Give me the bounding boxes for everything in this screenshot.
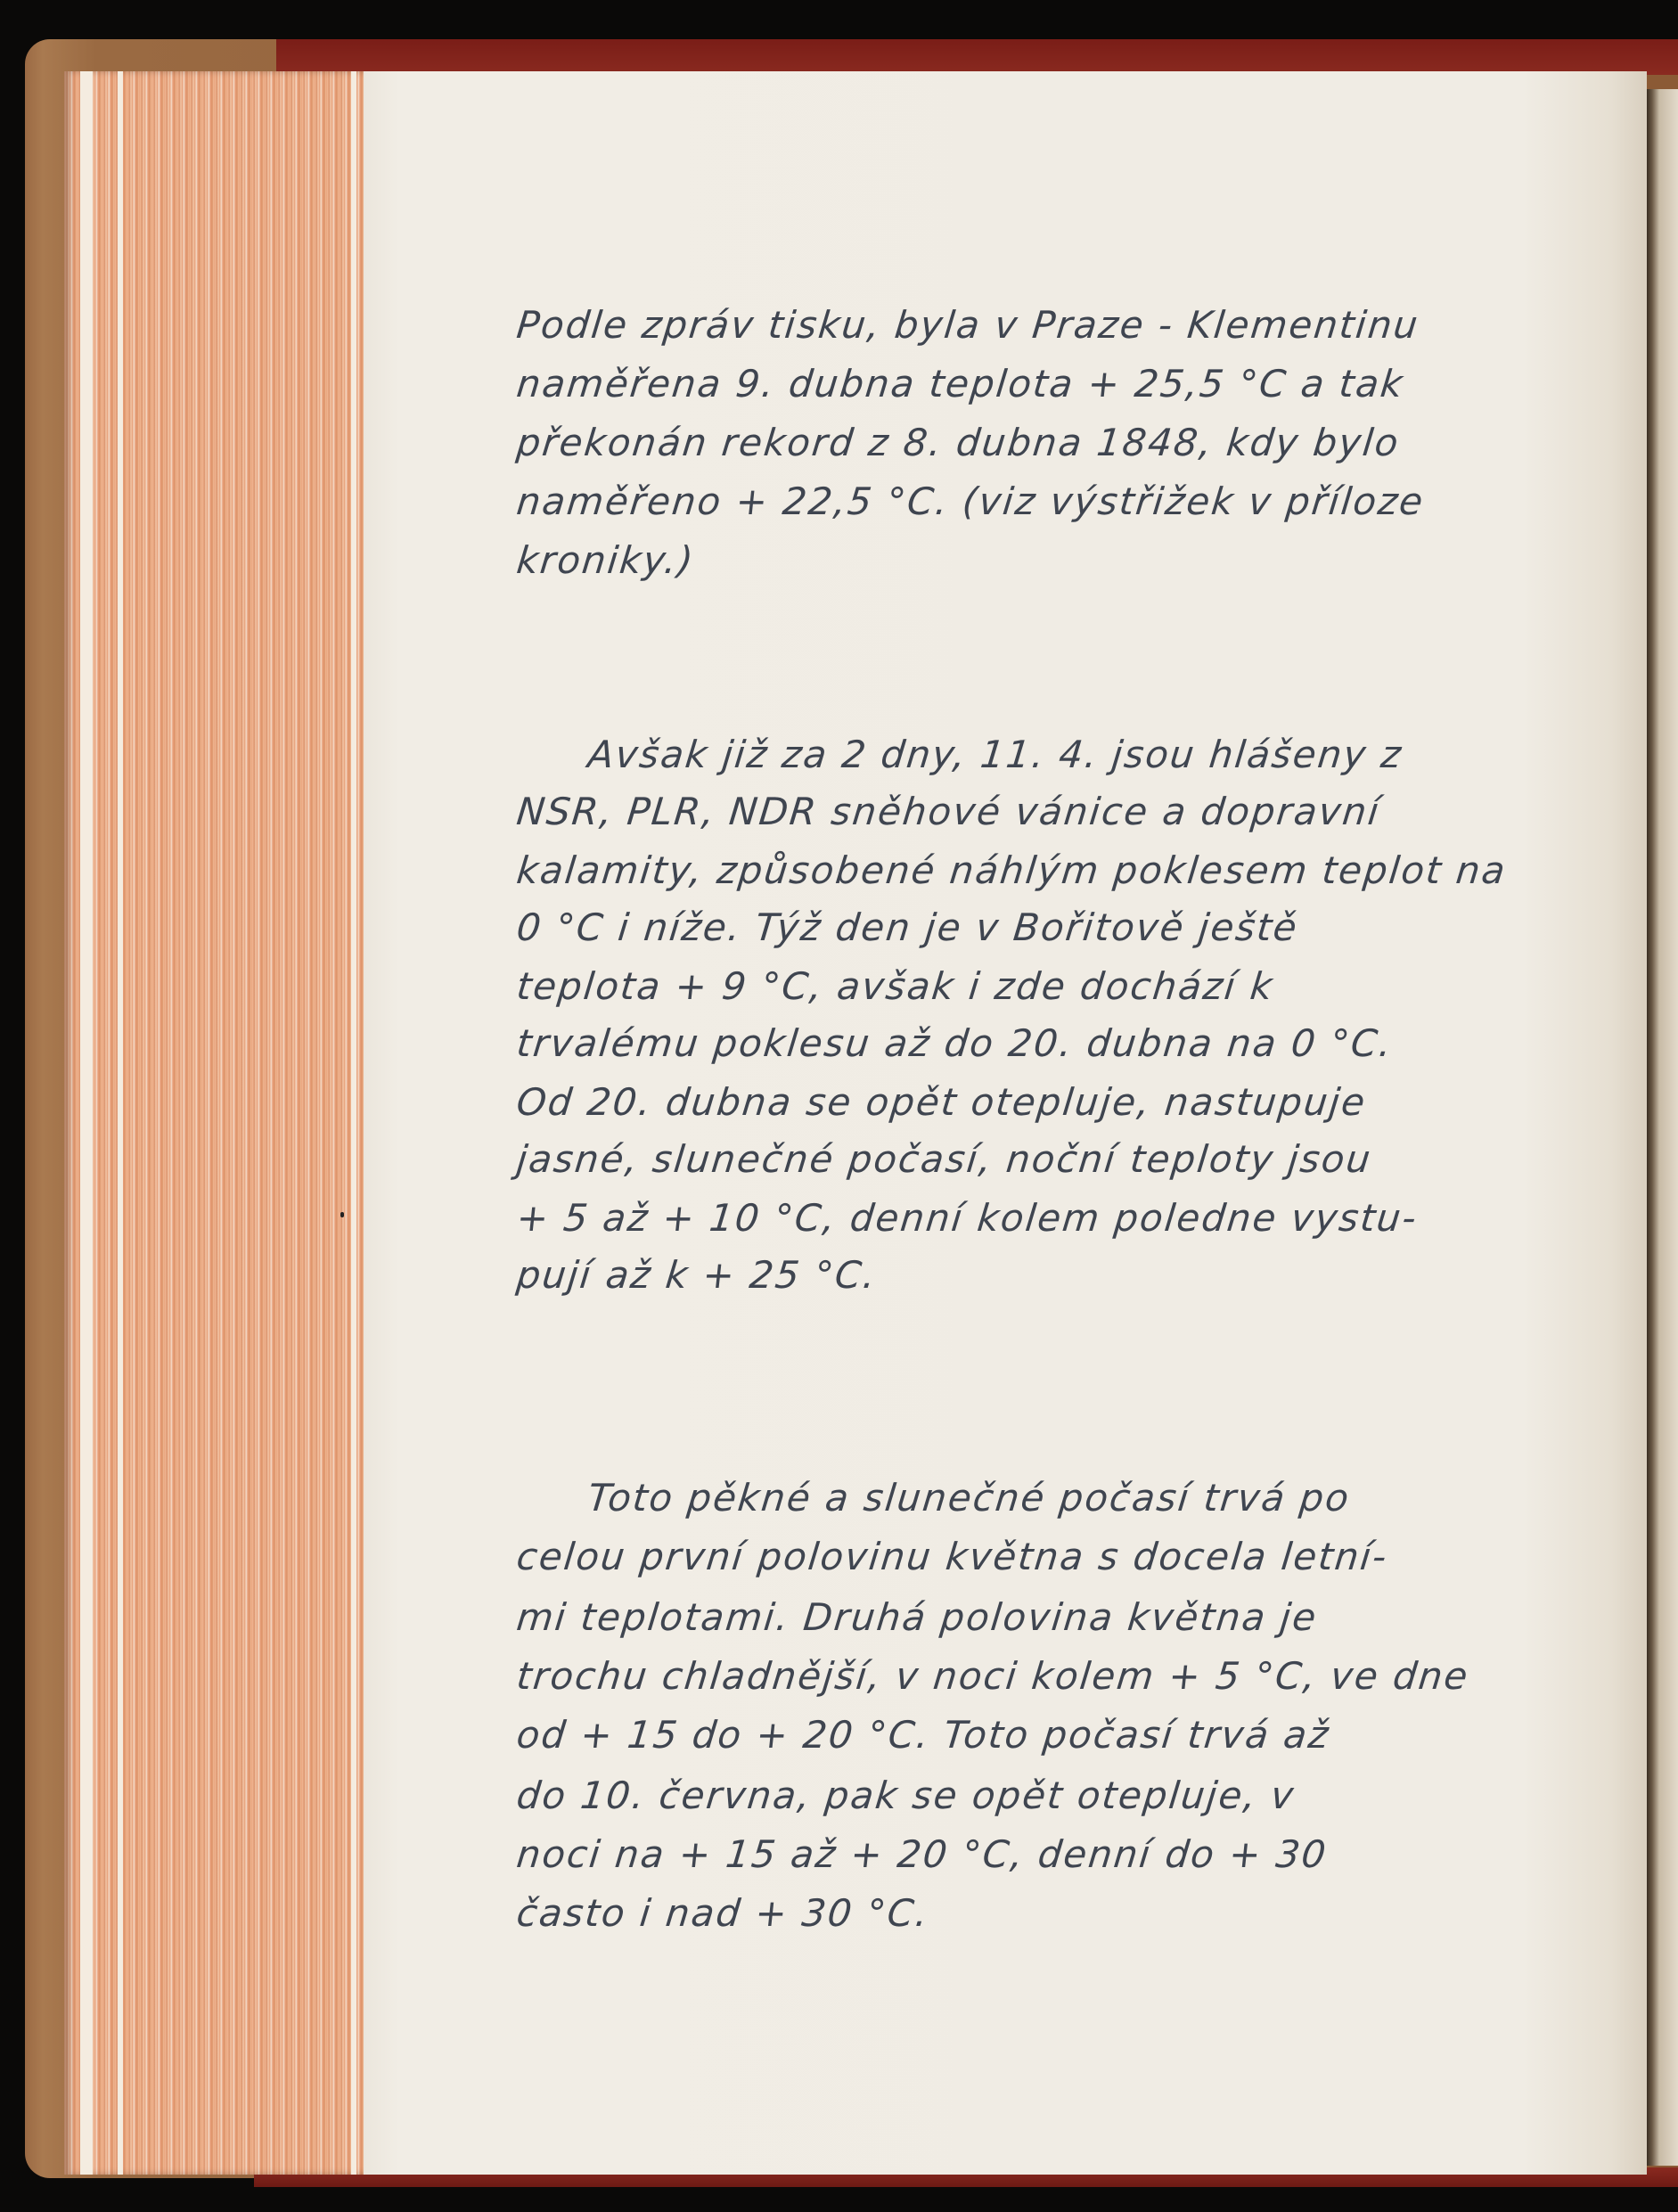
text-line: teplota + 9 °C, avšak i zde dochází k — [514, 964, 1276, 1008]
text-line: trochu chladnější, v noci kolem + 5 °C, … — [514, 1654, 1471, 1698]
text-line: mi teplotami. Druhá polovina května je — [514, 1595, 1319, 1639]
text-line: Od 20. dubna se opět otepluje, nastupuje — [514, 1080, 1368, 1124]
ink-speck — [340, 1212, 344, 1217]
text-line: naměřena 9. dubna teplota + 25,5 °C a ta… — [514, 362, 1406, 406]
text-line: Toto pěkné a slunečné počasí trvá po — [585, 1476, 1352, 1520]
text-line: často i nad + 30 °C. — [514, 1891, 931, 1935]
text-line: + 5 až + 10 °C, denní kolem poledne vyst… — [514, 1196, 1420, 1240]
text-line: celou první polovinu května s docela let… — [514, 1535, 1390, 1578]
page-edge-highlight — [118, 71, 123, 2175]
text-line: překonán rekord z 8. dubna 1848, kdy byl… — [514, 421, 1402, 464]
text-line: Podle zpráv tisku, byla v Praze - Klemen… — [514, 303, 1421, 347]
page-edge-highlight — [351, 71, 356, 2175]
text-line: naměřeno + 22,5 °C. (viz výstřižek v pří… — [514, 479, 1426, 523]
text-line: do 10. června, pak se opět otepluje, v — [514, 1774, 1297, 1817]
text-line: 0 °C i níže. Týž den je v Bořitově ještě — [514, 905, 1300, 949]
text-line: Avšak již za 2 dny, 11. 4. jsou hlášeny … — [585, 733, 1404, 776]
text-line: od + 15 do + 20 °C. Toto počasí trvá až — [514, 1713, 1331, 1757]
text-line: noci na + 15 až + 20 °C, denní do + 30 — [514, 1832, 1330, 1876]
text-line: NSR, PLR, NDR sněhové vánice a dopravní — [514, 790, 1382, 833]
text-line: jasné, slunečné počasí, noční teploty js… — [514, 1137, 1373, 1181]
text-line: kroniky.) — [514, 538, 696, 582]
text-line: trvalému poklesu až do 20. dubna na 0 °C… — [514, 1021, 1395, 1065]
text-line: pují až k + 25 °C. — [514, 1253, 879, 1297]
text-line: kalamity, způsobené náhlým poklesem tepl… — [514, 848, 1509, 892]
page-edges-stack — [64, 71, 367, 2175]
page-edge-highlight — [80, 71, 93, 2175]
book-cover-cloth-top — [276, 39, 1678, 75]
facing-page-gutter — [1647, 89, 1678, 2166]
